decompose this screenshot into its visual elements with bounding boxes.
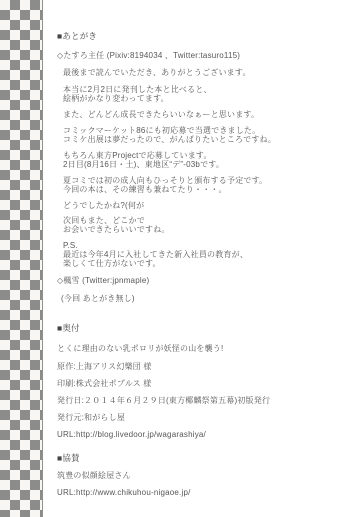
text-line: コミケ出展は夢だったので、がんばりたいところですね。	[63, 135, 353, 144]
afterword-paragraph: 本当に2月2日に発刊した本と比べると、絵柄がかなり変わってます。	[57, 85, 353, 103]
text-line: 最近は今年4月に入社してきた新入社員の教育が、	[63, 250, 353, 259]
sponsor-name: 筑豊の似顔絵屋さん	[57, 471, 353, 480]
text-line: また、どんどん成長できたらいいなぁーと思います。	[63, 110, 353, 119]
page-content: ■あとがき ◇たすろ主任 (Pixiv:8194034 、Twitter:tas…	[57, 32, 353, 497]
text-line: 最後まで読んでいただき、ありがとうございます。	[63, 68, 353, 77]
author1-name-line: ◇たすろ主任 (Pixiv:8194034 、Twitter:tasuro115…	[57, 51, 353, 60]
afterword-header: ■あとがき	[57, 32, 353, 41]
text-line: どうでしたかね?(何が	[63, 201, 353, 210]
author2-name-line: ◇楓雪 (Twitter:jpnmaple)	[57, 276, 353, 285]
afterword-paragraph: 最後まで読んでいただき、ありがとうございます。	[57, 68, 353, 77]
text-line: 絵柄がかなり変わってます。	[63, 94, 353, 103]
text-line: コミックマーケット86にも初応募で当選できました。	[63, 126, 353, 135]
text-line: P.S.	[63, 241, 353, 250]
text-line: もちろん東方Projectで応募しています。	[63, 151, 353, 160]
afterword-postscript: P.S.最近は今年4月に入社してきた新入社員の教育が、楽しくて仕方がないです。	[57, 241, 353, 268]
afterword-paragraph: 次回もまた、どこかでお会いできたらいいですね。	[57, 216, 353, 234]
colophon-printer: 印刷:株式会社ポプルス 様	[57, 379, 353, 388]
diamond-pattern-border	[0, 0, 43, 517]
colophon-header: ■奥付	[57, 324, 353, 333]
sponsor-header: ■協賛	[57, 454, 353, 463]
afterword-paragraph: コミックマーケット86にも初応募で当選できました。コミケ出展は夢だったので、がん…	[57, 126, 353, 144]
doujin-afterword-page: ■あとがき ◇たすろ主任 (Pixiv:8194034 、Twitter:tas…	[0, 0, 360, 517]
author2-note: (今回 あとがき無し)	[57, 294, 353, 303]
colophon-publisher: 発行元:和がらし屋	[57, 413, 353, 422]
text-line: 夏コミでは初の成人向もひっそりと頒布する予定です。	[63, 176, 353, 185]
text-line: 今回の本は、その練習も兼ねてたり・・・。	[63, 185, 353, 194]
book-title: とくに理由のない乳ポロリが妖怪の山を襲う!	[57, 344, 353, 353]
colophon-url: URL:http://blog.livedoor.jp/wagarashiya/	[57, 430, 353, 439]
afterword-paragraph: どうでしたかね?(何が	[57, 201, 353, 210]
text-line: お会いできたらいいですね。	[63, 225, 353, 234]
text-line: 次回もまた、どこかで	[63, 216, 353, 225]
text-line: 2日目(8月16日・土)、東地区“デ”-03bです。	[63, 160, 353, 169]
text-line: 本当に2月2日に発刊した本と比べると、	[63, 85, 353, 94]
colophon-original-work: 原作:上海アリス幻樂団 様	[57, 362, 353, 371]
colophon-publish-date: 発行日:２０１４年６月２９日(東方椰麟祭第五幕)初版発行	[57, 396, 353, 405]
afterword-paragraph: また、どんどん成長できたらいいなぁーと思います。	[57, 110, 353, 119]
afterword-paragraph: もちろん東方Projectで応募しています。2日目(8月16日・土)、東地区“デ…	[57, 151, 353, 169]
sponsor-url: URL:http://www.chikuhou-nigaoe.jp/	[57, 488, 353, 497]
text-line: 楽しくて仕方がないです。	[63, 259, 353, 268]
afterword-paragraph: 夏コミでは初の成人向もひっそりと頒布する予定です。今回の本は、その練習も兼ねてた…	[57, 176, 353, 194]
